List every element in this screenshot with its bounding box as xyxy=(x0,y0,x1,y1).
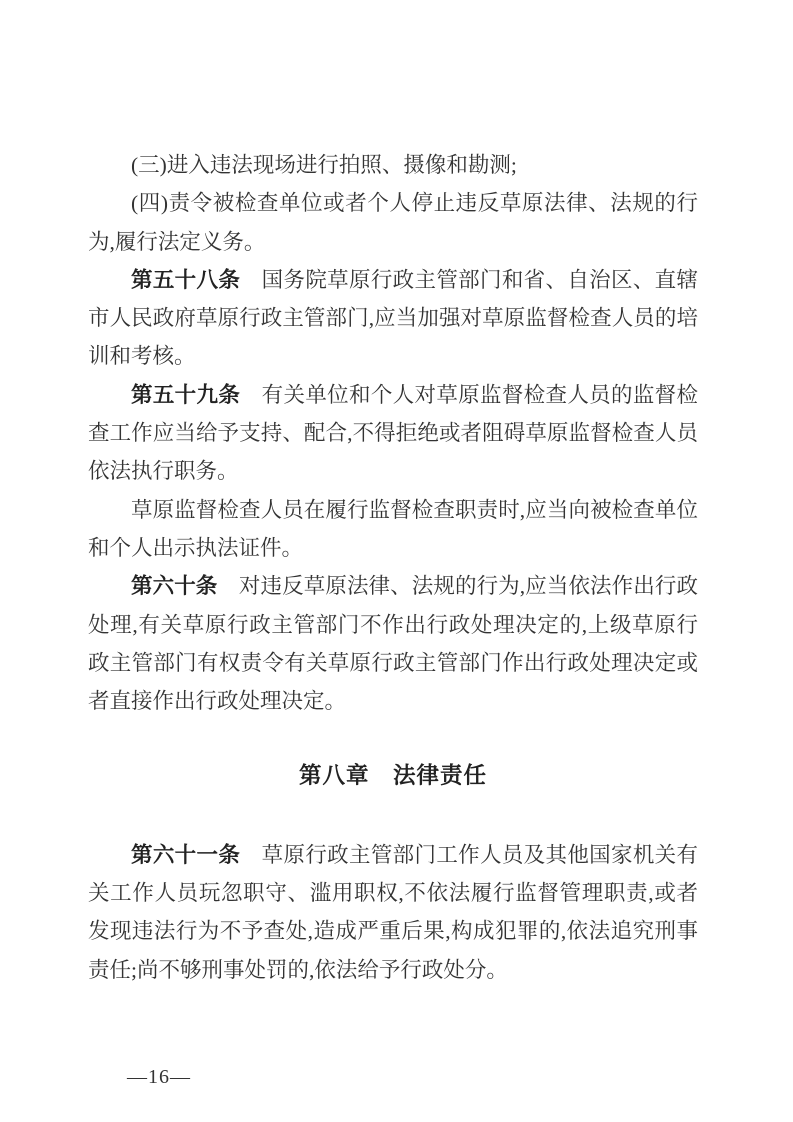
article-59-term: 第五十九条 xyxy=(131,383,240,407)
article-58-term: 第五十八条 xyxy=(131,268,240,292)
document-page: (三)进入违法现场进行拍照、摄像和勘测; (四)责令被检查单位或者个人停止违反草… xyxy=(0,0,793,1122)
article-61: 第六十一条草原行政主管部门工作人员及其他国家机关有关工作人员玩忽职守、滥用职权,… xyxy=(88,836,698,989)
document-text: (三)进入违法现场进行拍照、摄像和勘测; (四)责令被检查单位或者个人停止违反草… xyxy=(88,146,698,989)
article-59: 第五十九条有关单位和个人对草原监督检查人员的监督检查工作应当给予支持、配合,不得… xyxy=(88,376,698,491)
article-59-paragraph-2: 草原监督检查人员在履行监督检查职责时,应当向被检查单位和个人出示执法证件。 xyxy=(88,491,698,568)
chapter-8-heading: 第八章 法律责任 xyxy=(88,757,698,795)
article-61-term: 第六十一条 xyxy=(131,843,240,867)
clause-item-3: (三)进入违法现场进行拍照、摄像和勘测; xyxy=(88,146,698,184)
article-60-term: 第六十条 xyxy=(131,574,217,598)
clause-item-4: (四)责令被检查单位或者个人停止违反草原法律、法规的行为,履行法定义务。 xyxy=(88,184,698,261)
article-60: 第六十条对违反草原法律、法规的行为,应当依法作出行政处理,有关草原行政主管部门不… xyxy=(88,567,698,720)
article-58: 第五十八条国务院草原行政主管部门和省、自治区、直辖市人民政府草原行政主管部门,应… xyxy=(88,261,698,376)
page-number: —16— xyxy=(127,1066,191,1089)
